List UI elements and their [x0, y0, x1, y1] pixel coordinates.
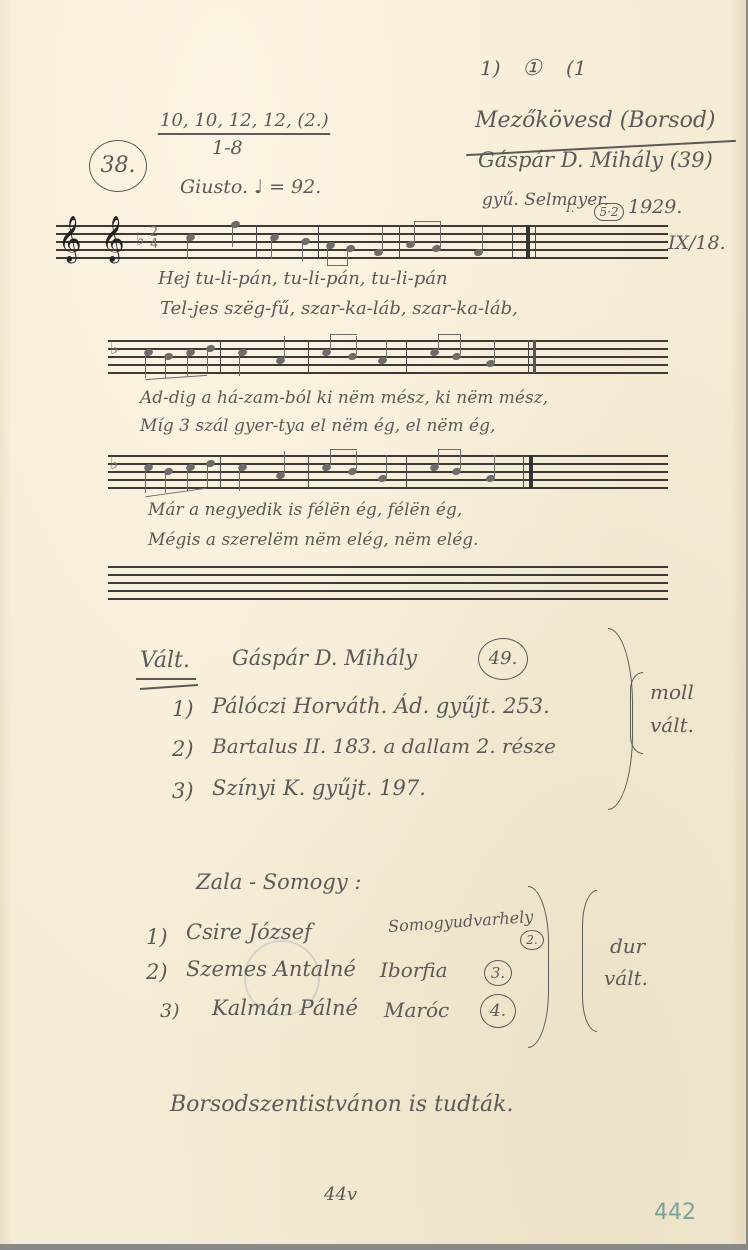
lyrics-staff-2-line-1: Ad-dig a há-zam-ból ki nëm mész, ki nëm … [140, 388, 548, 408]
location: Mezőkövesd (Borsod) [475, 108, 716, 133]
flat-sign-icon: ♭ [110, 453, 119, 474]
syllable-structure: 10, 10, 12, 12, (2.) [160, 110, 329, 131]
lyrics-staff-2-line-2: Míg 3 szál gyer-tya el nëm ég, el nëm ég… [140, 416, 495, 436]
variants-heading-underline-2 [140, 684, 198, 690]
zala-2-num: 2) [146, 960, 168, 984]
variants-singer: Gáspár D. Mihály [232, 646, 417, 670]
variant-1-text: Pálóczi Horváth. Ád. gyűjt. 253. [212, 694, 550, 718]
zala-2-name: Szemes Antalné [186, 957, 356, 981]
variant-2-num: 2) [172, 737, 194, 761]
zala-bracket-label-1: dur [610, 934, 645, 958]
bracket-left-variants [630, 672, 643, 754]
zala-3-num: 3) [160, 1000, 180, 1022]
manuscript-page: 10, 10, 12, 12, (2.) 1-8 38. Giusto. ♩ =… [0, 0, 746, 1244]
zala-3-name: Kalmán Pálné [212, 996, 358, 1020]
lyrics-staff-1-line-2: Tel-jes szëg-fű, szar-ka-láb, szar-ka-lá… [160, 298, 518, 319]
zala-1-place: Somogyudvarhely [388, 907, 534, 936]
page-number-pencil: 44v [324, 1184, 357, 1205]
zala-heading: Zala - Somogy : [196, 870, 361, 894]
time-signature: 24 [149, 227, 159, 251]
lyrics-staff-3-line-1: Már a negyedik is félën ég, félën ég, [148, 500, 462, 520]
variants-bracket-label-2: vált. [650, 713, 694, 737]
variant-3-num: 3) [172, 779, 194, 803]
zala-2-place: Iborfia [380, 958, 448, 982]
zala-bracket-label-2: vált. [604, 966, 648, 990]
footnote: Borsodszentistvánon is tudták. [170, 1092, 513, 1117]
music-staff-1: 𝄞 𝄞 ♭ 24 [56, 225, 668, 259]
fraction-line [158, 133, 330, 135]
flat-sign-icon: ♭ [136, 229, 145, 250]
cadence: 1-8 [212, 137, 243, 159]
top-right-mark-1: 1) [480, 56, 501, 80]
treble-clef-icon: 𝄞 [58, 219, 82, 259]
treble-clef-icon: 𝄞 [101, 219, 125, 259]
zala-3-place: Maróc [384, 998, 449, 1022]
page-number-ink: 442 [654, 1200, 696, 1225]
bracket-left-zala [582, 890, 597, 1032]
top-right-mark-2: ① [522, 56, 542, 81]
variants-heading-underline-1 [136, 678, 196, 680]
zala-2-ref: 3. [484, 960, 512, 986]
bracket-right-zala [528, 886, 549, 1048]
variants-bracket-label-1: moll [650, 680, 694, 704]
variant-2-text: Bartalus II. 183. a dallam 2. része [212, 734, 556, 758]
zala-1-name: Csire József [186, 920, 312, 944]
song-number: 38. [89, 140, 147, 192]
variant-1-num: 1) [172, 697, 194, 721]
collection-mark: I. [566, 201, 575, 215]
zala-3-ref: 4. [480, 994, 516, 1028]
music-staff-2: ♭ [108, 340, 668, 374]
flat-sign-icon: ♭ [110, 338, 119, 359]
variants-singer-ref: 49. [478, 638, 528, 680]
collector: gyű. Selmayer. [482, 190, 609, 210]
variant-3-text: Színyi K. gyűjt. 197. [212, 776, 426, 800]
empty-staff [108, 566, 668, 600]
lyrics-staff-1-line-1: Hej tu-li-pán, tu-li-pán, tu-li-pán [158, 268, 448, 289]
date: IX/18. [668, 232, 726, 254]
music-staff-3: ♭ [108, 455, 668, 489]
lyrics-staff-3-line-2: Mégis a szerelëm nëm elég, nëm elég. [148, 530, 479, 550]
variants-heading: Vált. [140, 648, 190, 673]
singer: Gáspár D. Mihály (39) [478, 148, 713, 172]
top-right-mark-3: (1 [566, 56, 587, 80]
tempo-marking: Giusto. ♩ = 92. [180, 176, 321, 198]
year: 1929. [628, 196, 682, 218]
circled-reference: 5·2 [594, 203, 624, 221]
zala-1-num: 1) [146, 925, 168, 949]
